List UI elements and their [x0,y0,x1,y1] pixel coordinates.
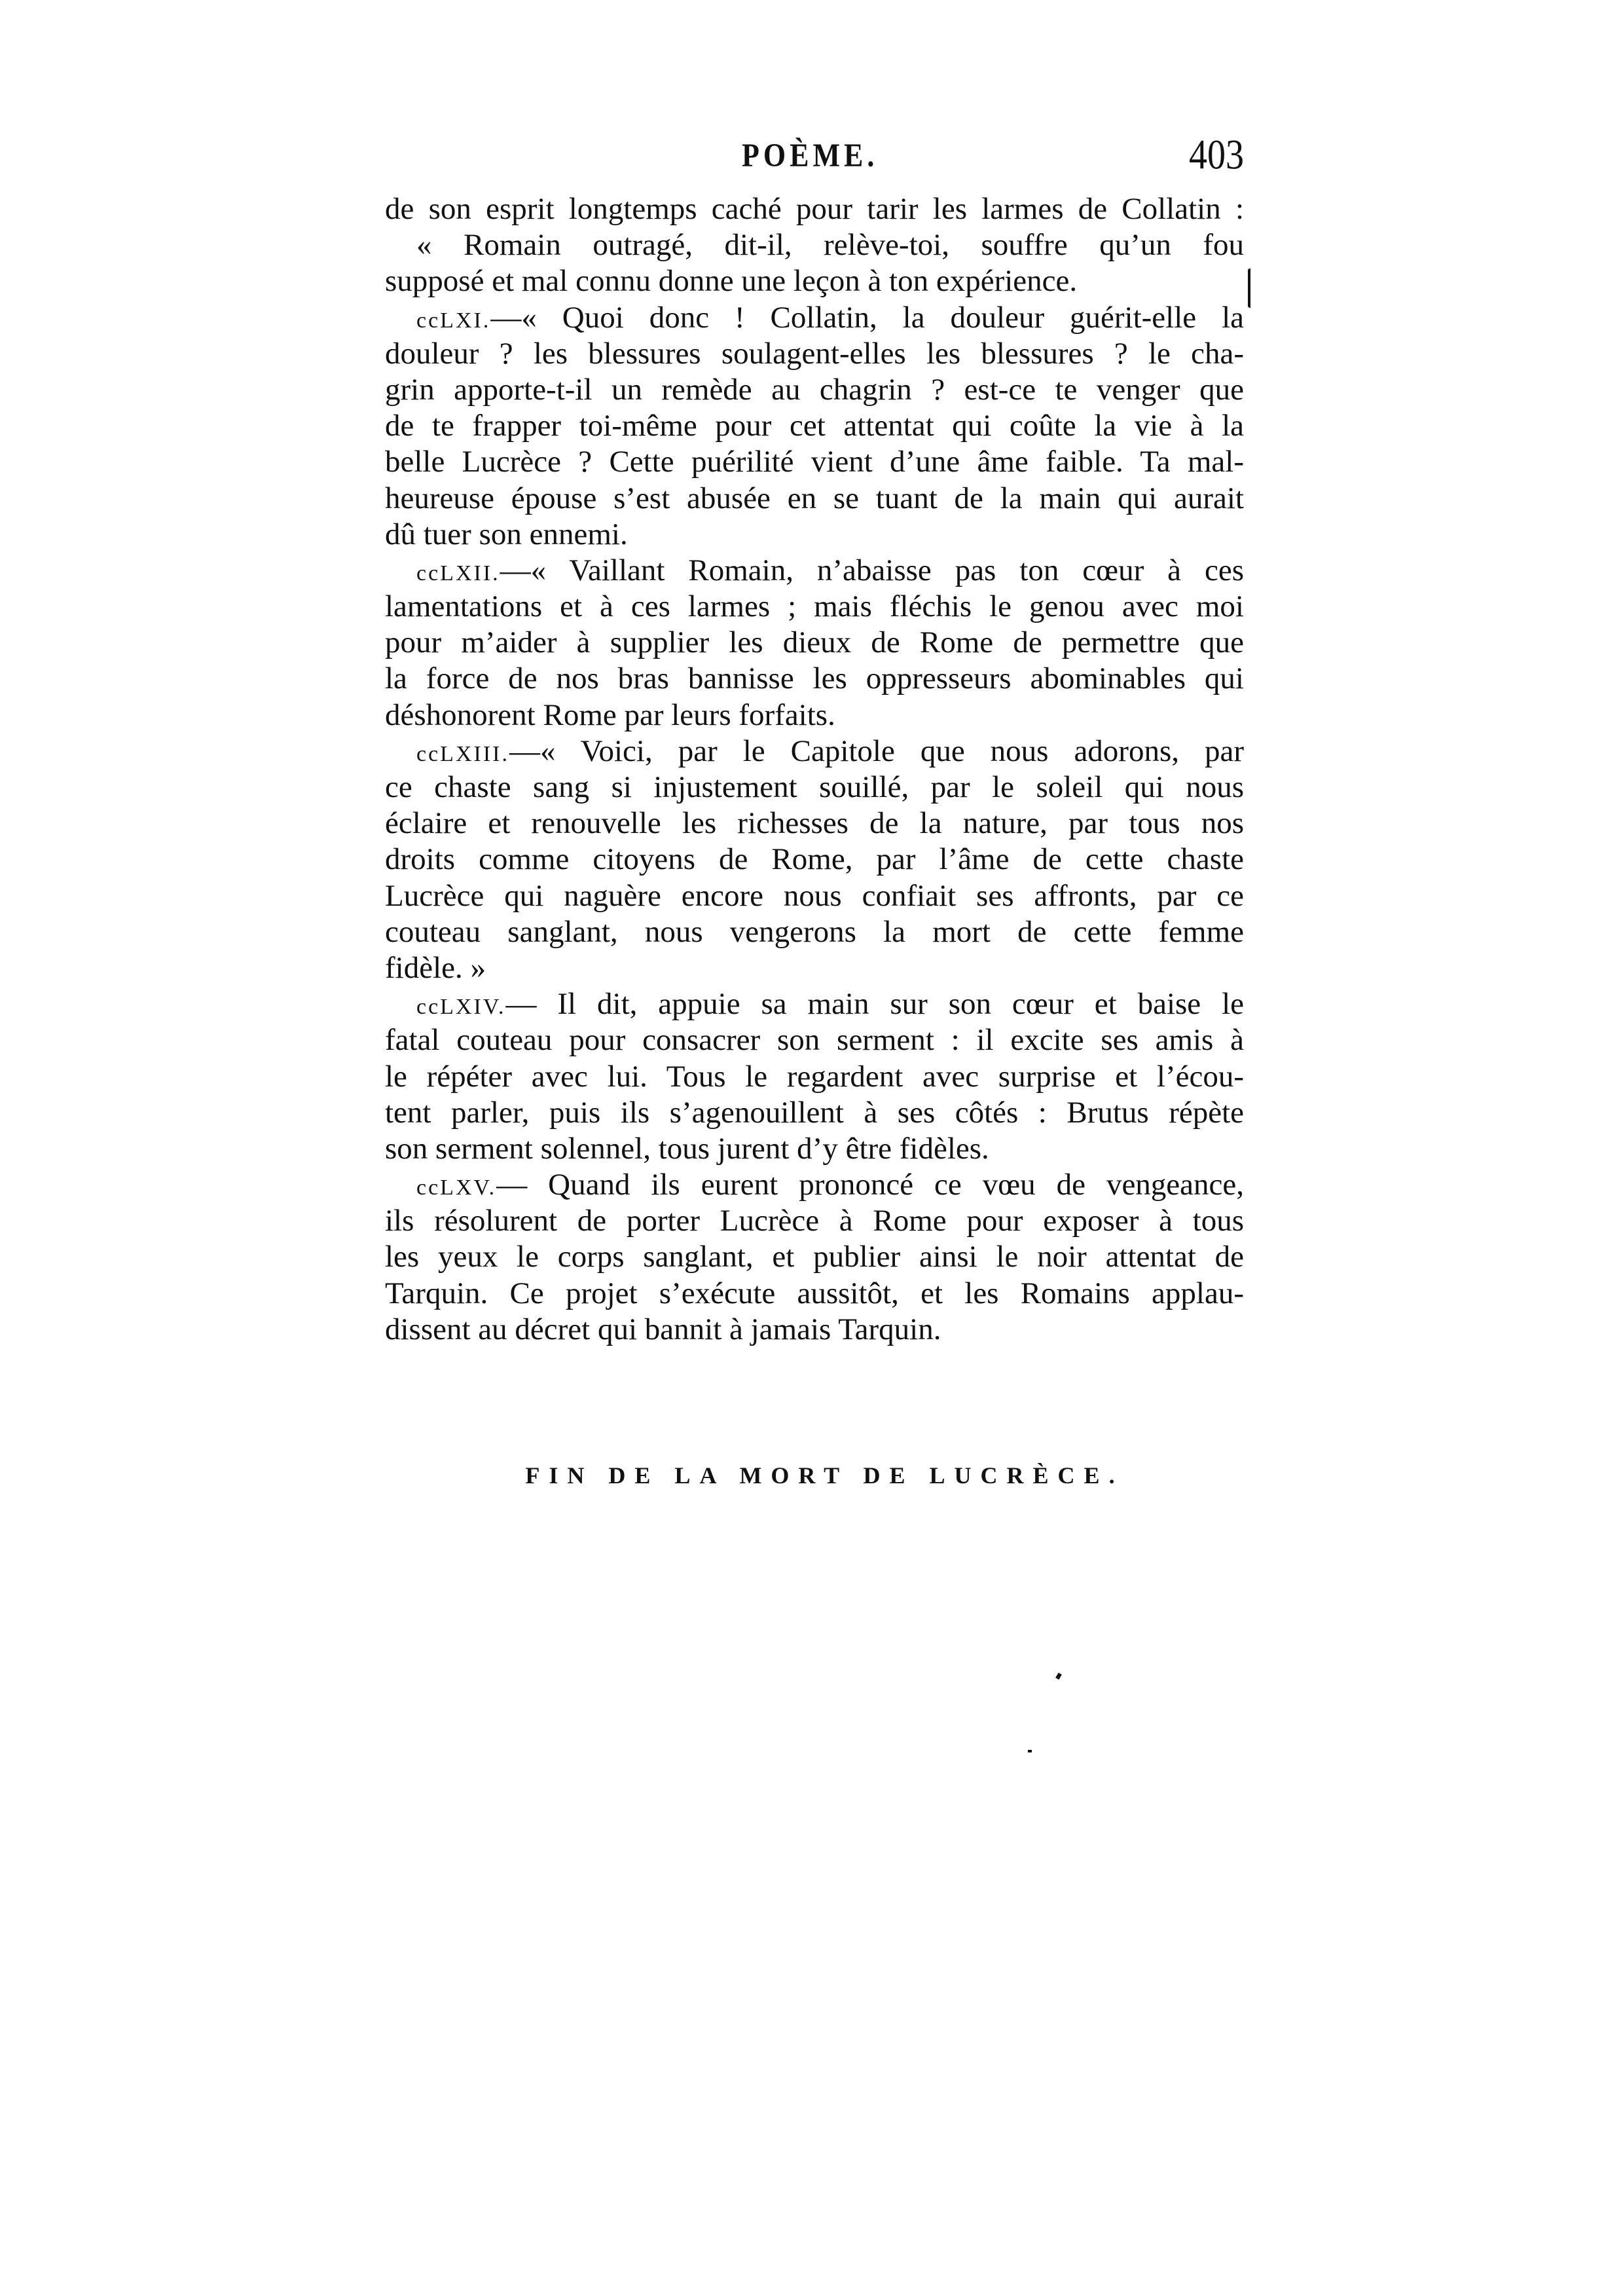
stanza-numeral: ccLXII. [416,561,500,585]
text-line: pour m’aider à supplier les dieux de Rom… [385,625,1244,661]
text-line: grin apporte-t-il un remède au chagrin ?… [385,372,1244,408]
text-line: Tarquin. Ce projet s’exécute aussitôt, e… [385,1276,1244,1312]
stanza-numeral: ccLXIII. [416,742,509,766]
stanza-first-line: ccLXV.— Quand ils eurent prononcé ce vœu… [385,1167,1244,1203]
text-line: les yeux le corps sanglant, et publier a… [385,1239,1244,1275]
text-line: fatal couteau pour consacrer son serment… [385,1022,1244,1058]
stanza-first-line: ccLXI.—« Quoi donc ! Collatin, la douleu… [385,300,1244,336]
text-line: éclaire et renouvelle les richesses de l… [385,805,1244,842]
text-line: heureuse épouse s’est abusée en se tuant… [385,481,1244,517]
body-text: de son esprit longtemps caché pour tarir… [385,191,1244,1348]
stanza-first-line: ccLXIII.—« Voici, par le Capitole que no… [385,733,1244,769]
text-line: dû tuer son ennemi. [385,517,1244,553]
page-number: 403 [1189,131,1244,179]
text-line: la force de nos bras bannisse les oppres… [385,661,1244,697]
stanza-first-line: ccLXIV.— Il dit, appuie sa main sur son … [385,986,1244,1022]
running-head-title: POÈME. [742,136,878,175]
text-line: dissent au décret qui bannit à jamais Ta… [385,1312,1244,1348]
text-line: son serment solennel, tous jurent d’y êt… [385,1131,1244,1167]
text-line: fidèle. » [385,950,1244,986]
text-line: supposé et mal connu donne une leçon à t… [385,263,1244,299]
text-line: tent parler, puis ils s’agenouillent à s… [385,1095,1244,1131]
text-line: douleur ? les blessures soulagent-elles … [385,336,1244,372]
text-line: de te frapper toi-même pour cet attentat… [385,408,1244,444]
text-line: de son esprit longtemps caché pour tarir… [385,191,1244,227]
text-line: lamentations et à ces larmes ; mais fléc… [385,589,1244,625]
stanza-first-line: ccLXII.—« Vaillant Romain, n’abaisse pas… [385,553,1244,589]
text-line: déshonorent Rome par leurs forfaits. [385,697,1244,733]
text-line: ce chaste sang si injustement souillé, p… [385,769,1244,805]
margin-mark-decoration [1248,268,1254,308]
stanza-numeral: ccLXIV. [416,995,506,1019]
text-line: belle Lucrèce ? Cette puérilité vient d’… [385,444,1244,480]
text-line: Lucrèce qui naguère encore nous confiait… [385,878,1244,914]
stanza-numeral: ccLXI. [416,308,490,333]
text-line: couteau sanglant, nous vengerons la mort… [385,914,1244,950]
text-line: « Romain outragé, dit-il, relève-toi, so… [385,227,1244,263]
running-head: POÈME. 403 [385,131,1244,177]
end-title: FIN DE LA MORT DE LUCRÈCE. [0,1462,1623,1489]
book-page: POÈME. 403 de son esprit longtemps caché… [0,0,1623,2296]
print-speck [1028,1750,1032,1752]
text-line: droits comme citoyens de Rome, par l’âme… [385,842,1244,878]
text-line: le répéter avec lui. Tous le regardent a… [385,1059,1244,1095]
print-speck [1055,1673,1062,1680]
text-line: ils résolurent de porter Lucrèce à Rome … [385,1203,1244,1239]
stanza-numeral: ccLXV. [416,1176,496,1200]
